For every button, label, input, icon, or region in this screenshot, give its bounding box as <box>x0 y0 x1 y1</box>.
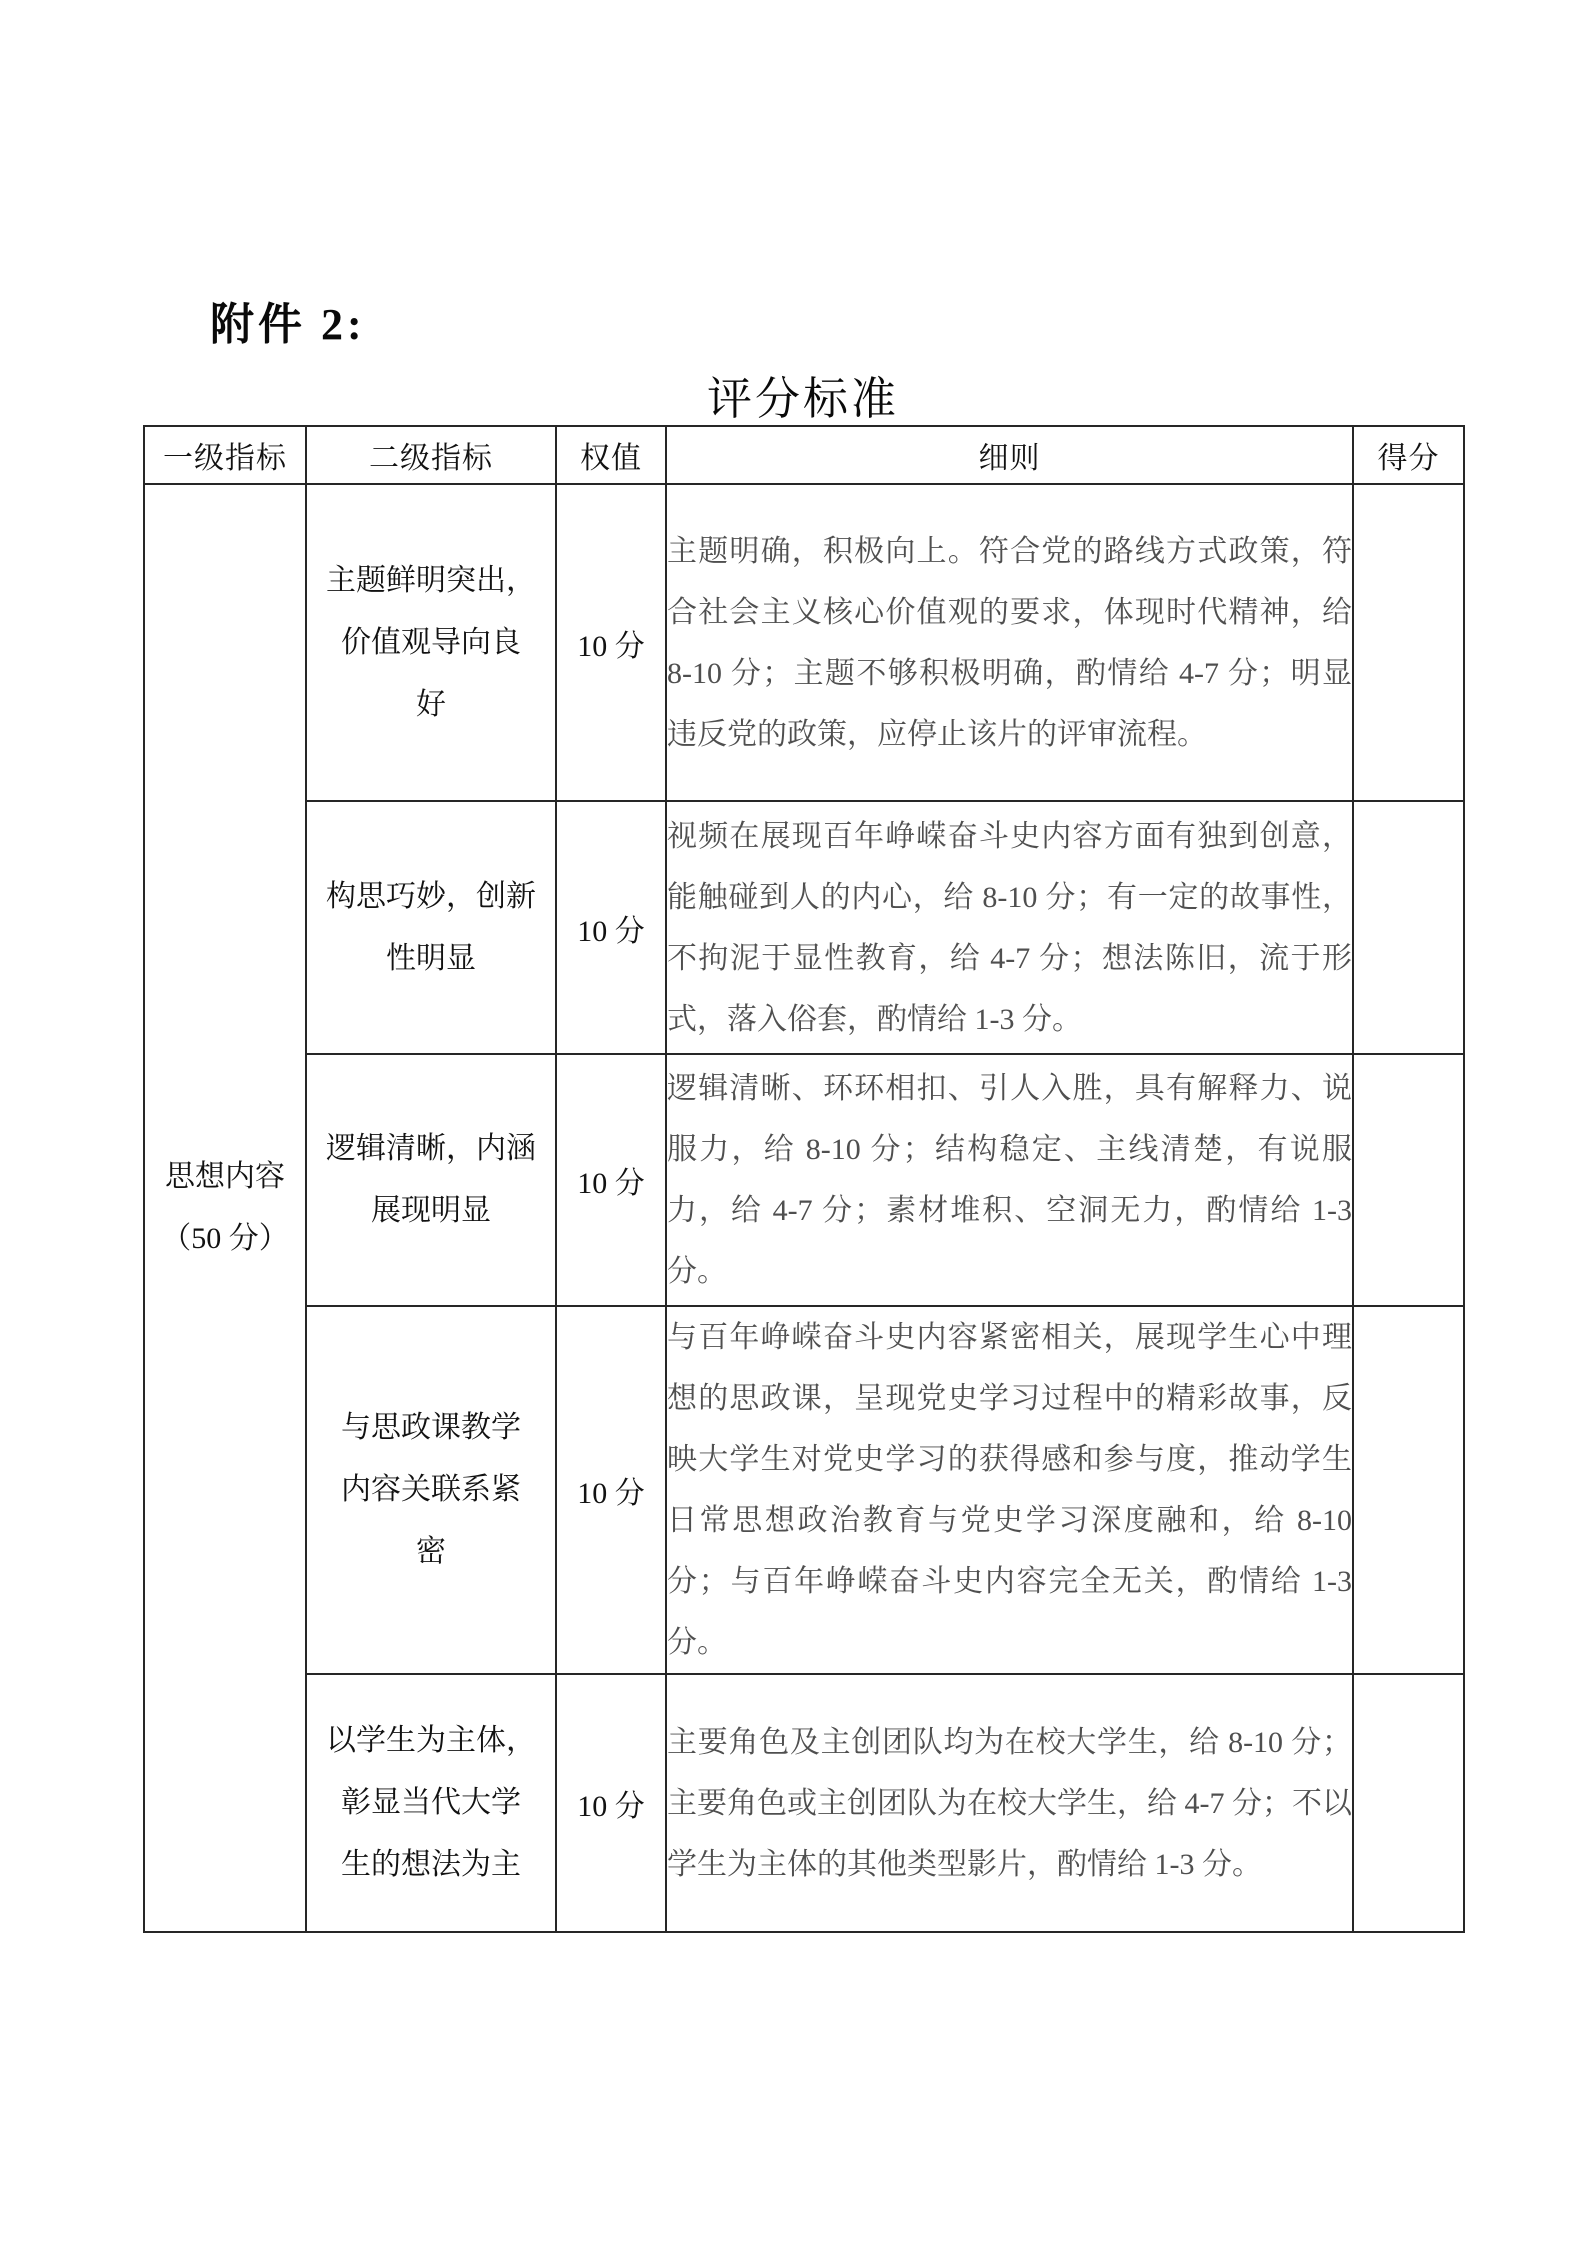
detail-cell: 视频在展现百年峥嵘奋斗史内容方面有独到创意，能触碰到人的内心，给 8-10 分；… <box>666 801 1353 1054</box>
secondary-indicator-cell: 逻辑清晰，内涵 展现明显 <box>306 1054 556 1306</box>
weight-cell: 10 分 <box>556 484 666 801</box>
table-row: 以学生为主体， 彰显当代大学 生的想法为主 10 分 主要角色及主创团队均为在校… <box>144 1674 1464 1932</box>
document-page: 附件 2: 评分标准 一级指标 二级指标 权值 细则 得分 思想内容 （50 分… <box>0 0 1587 2245</box>
attachment-label: 附件 2: <box>210 288 366 352</box>
detail-cell: 主要角色及主创团队均为在校大学生，给 8-10 分；主要角色或主创团队为在校大学… <box>666 1674 1353 1932</box>
primary-indicator-cell: 思想内容 （50 分） <box>144 484 306 1932</box>
header-detail: 细则 <box>666 426 1353 484</box>
header-secondary-indicator: 二级指标 <box>306 426 556 484</box>
weight-cell: 10 分 <box>556 1306 666 1674</box>
header-weight: 权值 <box>556 426 666 484</box>
secondary-indicator-cell: 与思政课教学 内容关联系紧 密 <box>306 1306 556 1674</box>
table-row: 与思政课教学 内容关联系紧 密 10 分 与百年峥嵘奋斗史内容紧密相关，展现学生… <box>144 1306 1464 1674</box>
table-row: 逻辑清晰，内涵 展现明显 10 分 逻辑清晰、环环相扣、引人入胜，具有解释力、说… <box>144 1054 1464 1306</box>
table-row: 构思巧妙，创新 性明显 10 分 视频在展现百年峥嵘奋斗史内容方面有独到创意，能… <box>144 801 1464 1054</box>
secondary-indicator-cell: 构思巧妙，创新 性明显 <box>306 801 556 1054</box>
header-score: 得分 <box>1353 426 1464 484</box>
header-primary-indicator: 一级指标 <box>144 426 306 484</box>
score-cell <box>1353 801 1464 1054</box>
weight-cell: 10 分 <box>556 1054 666 1306</box>
score-cell <box>1353 484 1464 801</box>
weight-cell: 10 分 <box>556 801 666 1054</box>
table-header-row: 一级指标 二级指标 权值 细则 得分 <box>144 426 1464 484</box>
table-row: 思想内容 （50 分） 主题鲜明突出， 价值观导向良 好 10 分 主题明确，积… <box>144 484 1464 801</box>
secondary-indicator-cell: 主题鲜明突出， 价值观导向良 好 <box>306 484 556 801</box>
score-cell <box>1353 1054 1464 1306</box>
scoring-rubric-table: 一级指标 二级指标 权值 细则 得分 思想内容 （50 分） 主题鲜明突出， 价… <box>143 425 1465 1933</box>
score-cell <box>1353 1306 1464 1674</box>
score-cell <box>1353 1674 1464 1932</box>
secondary-indicator-cell: 以学生为主体， 彰显当代大学 生的想法为主 <box>306 1674 556 1932</box>
page-title: 评分标准 <box>143 362 1463 427</box>
detail-cell: 与百年峥嵘奋斗史内容紧密相关，展现学生心中理想的思政课，呈现党史学习过程中的精彩… <box>666 1306 1353 1674</box>
detail-cell: 主题明确，积极向上。符合党的路线方式政策，符合社会主义核心价值观的要求，体现时代… <box>666 484 1353 801</box>
detail-cell: 逻辑清晰、环环相扣、引人入胜，具有解释力、说服力，给 8-10 分；结构稳定、主… <box>666 1054 1353 1306</box>
weight-cell: 10 分 <box>556 1674 666 1932</box>
